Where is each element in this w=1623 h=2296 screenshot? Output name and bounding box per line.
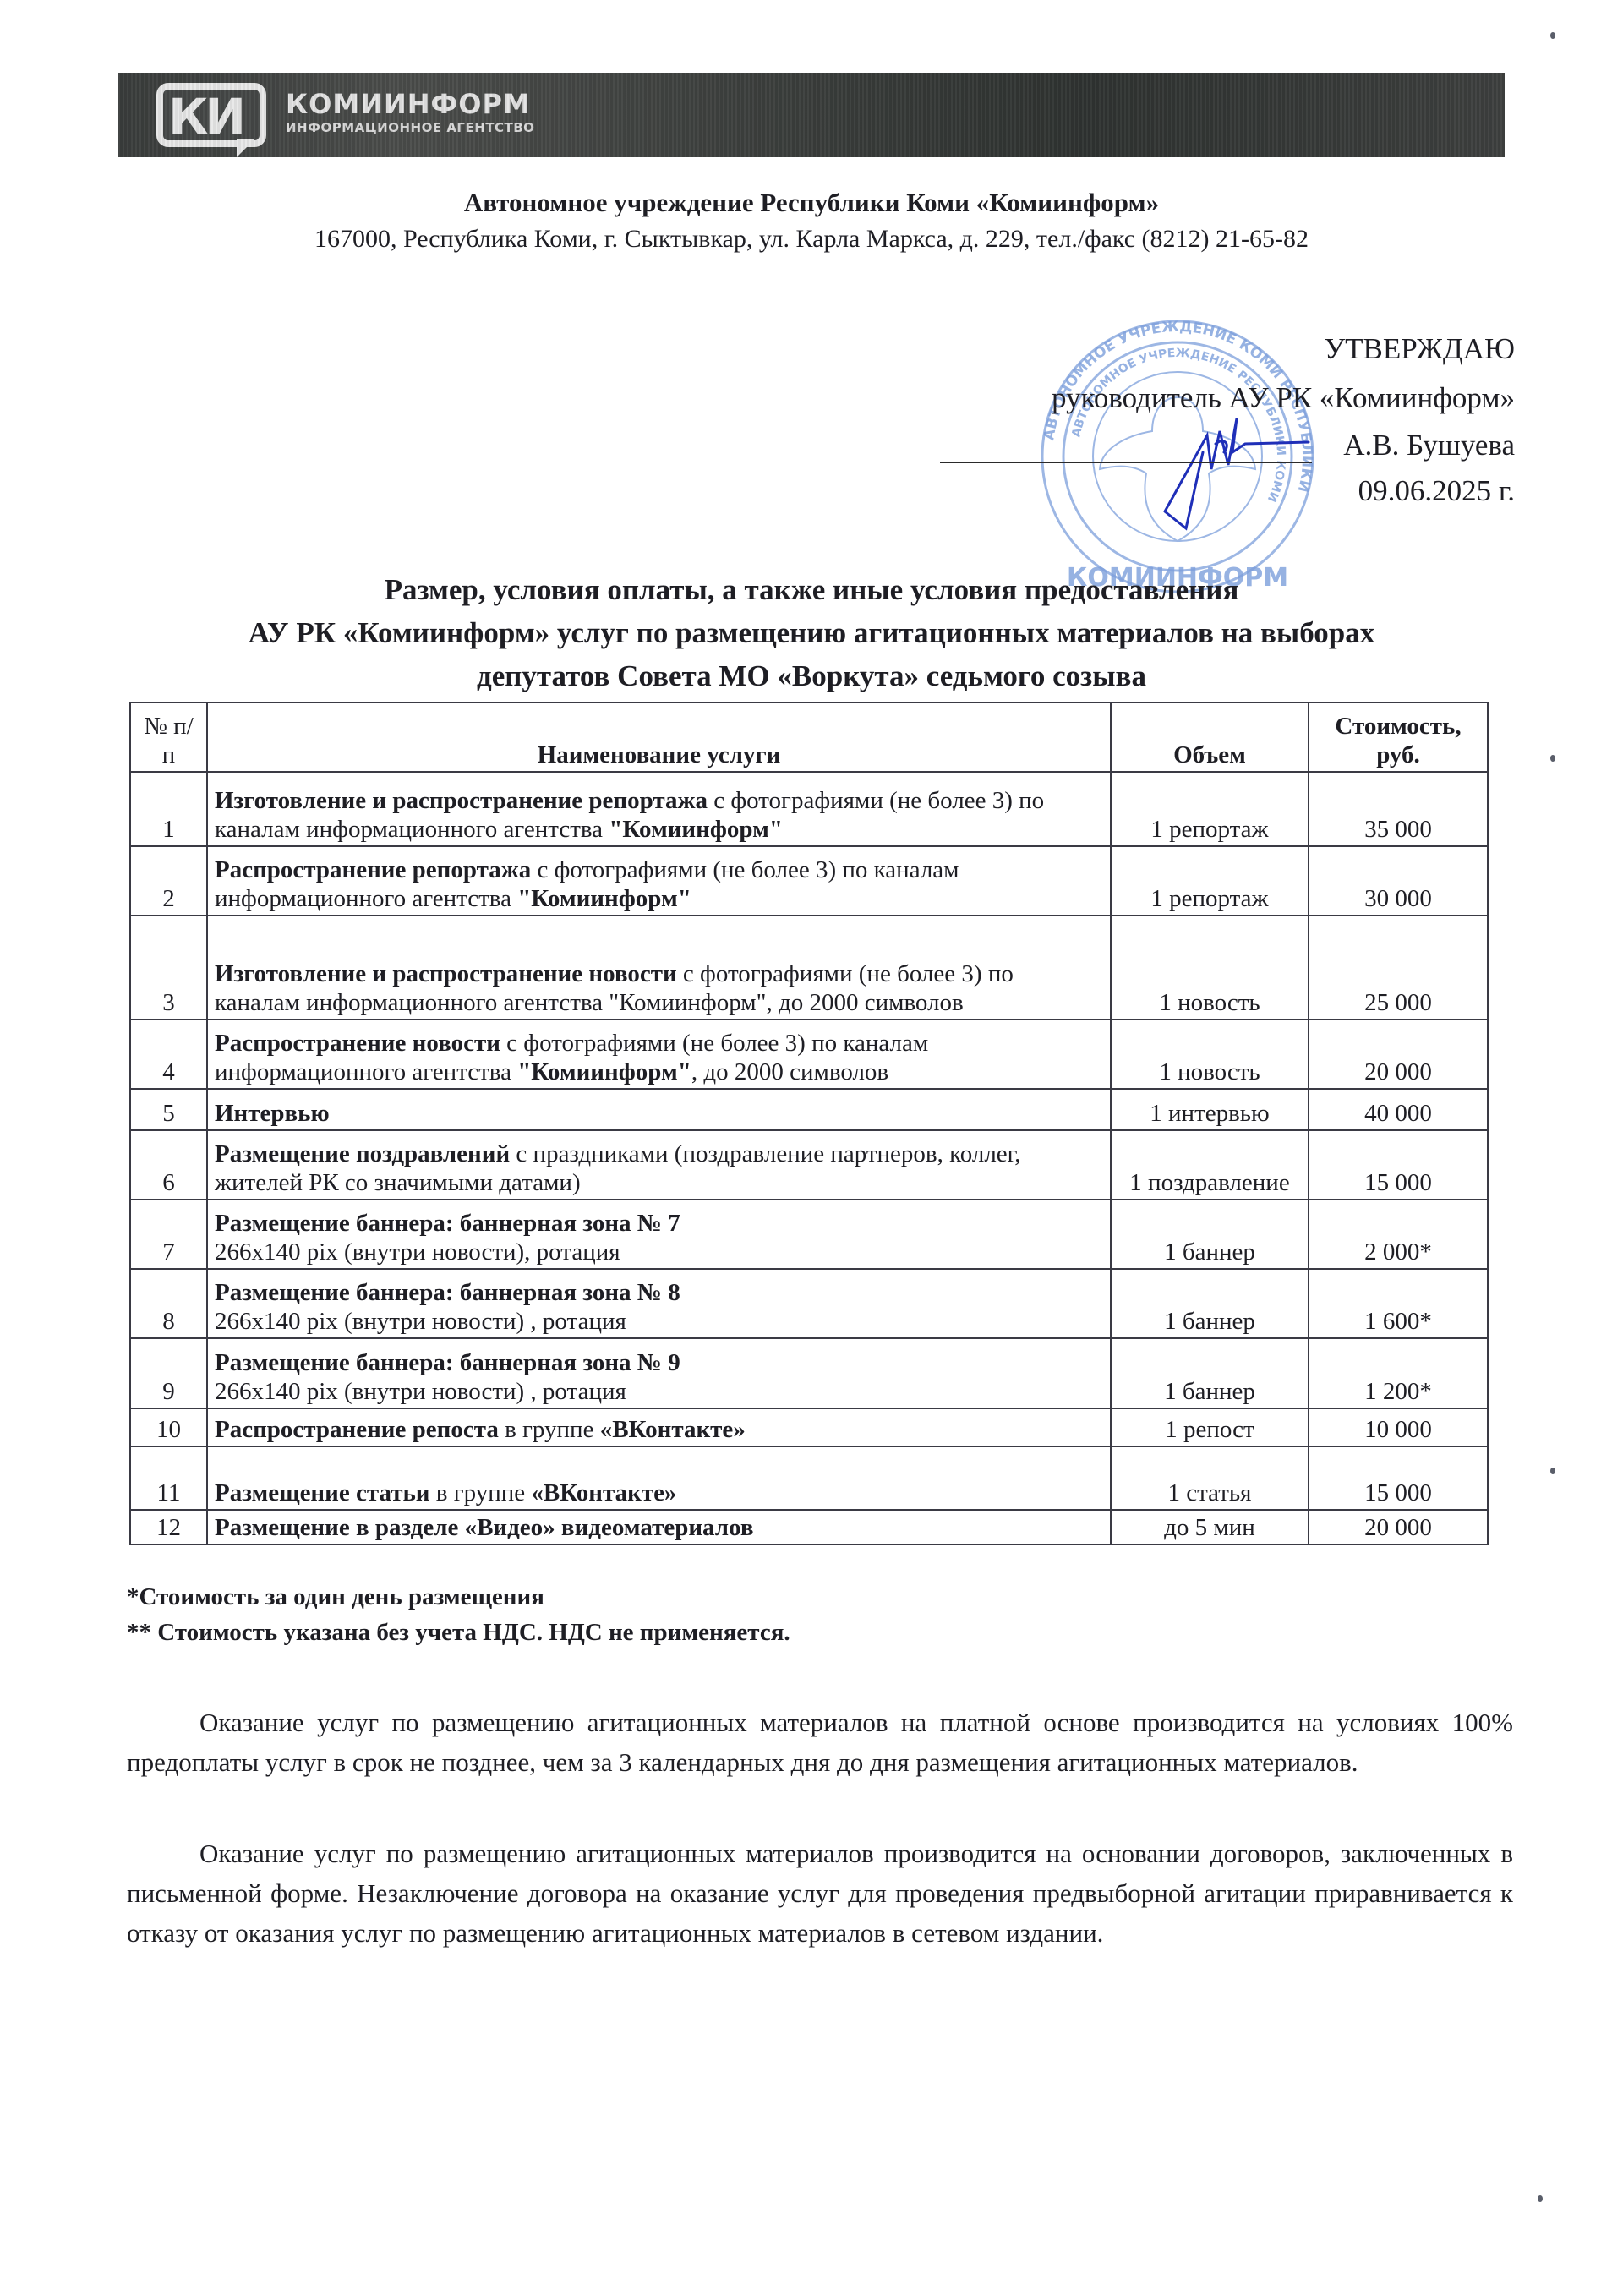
- organization-address: 167000, Республика Коми, г. Сыктывкар, у…: [0, 225, 1623, 254]
- service-cost: 1 600*: [1309, 1269, 1488, 1338]
- service-volume: 1 баннер: [1111, 1200, 1309, 1269]
- service-name-detail: 266x140 pix (внутри новости) , ротация: [215, 1308, 626, 1335]
- table-row: 6Размещение поздравлений с праздниками (…: [130, 1130, 1488, 1200]
- row-number: 4: [130, 1020, 207, 1089]
- scan-speck: [1538, 2195, 1543, 2202]
- row-number: 7: [130, 1200, 207, 1269]
- row-number: 8: [130, 1269, 207, 1338]
- service-name-detail: 266x140 pix (внутри новости), ротация: [215, 1238, 620, 1266]
- service-name-bold: Распространение репортажа: [215, 856, 531, 883]
- service-name-suffix: , до 2000 символов: [691, 1058, 888, 1085]
- official-stamp-icon: АВТОНОМНОЕ УЧРЕЖДЕНИЕ КОМИ РЕСПУБЛИКИ АВ…: [1038, 317, 1317, 596]
- service-cost: 25 000: [1309, 916, 1488, 1020]
- service-name-brand: "Комиинформ": [517, 1058, 691, 1085]
- approval-date: 09.06.2025 г.: [1358, 470, 1515, 512]
- service-name-bold: Изготовление и распространение новости: [215, 960, 677, 987]
- service-cost: 15 000: [1309, 1446, 1488, 1510]
- service-volume: до 5 мин: [1111, 1510, 1309, 1544]
- service-volume: 1 поздравление: [1111, 1130, 1309, 1200]
- row-number: 5: [130, 1089, 207, 1130]
- approval-title: УТВЕРЖДАЮ: [1324, 328, 1515, 370]
- service-name-detail: 266x140 pix (внутри новости) , ротация: [215, 1378, 626, 1405]
- svg-text:АВТОНОМНОЕ УЧРЕЖДЕНИЕ РЕСПУБЛИ: АВТОНОМНОЕ УЧРЕЖДЕНИЕ РЕСПУБЛИКИ КОМИ: [1069, 347, 1287, 504]
- service-name: Изготовление и распространение новости с…: [207, 916, 1111, 1020]
- service-cost: 30 000: [1309, 846, 1488, 916]
- document-title: Размер, условия оплаты, а также иные усл…: [127, 568, 1496, 697]
- service-volume: 1 новость: [1111, 1020, 1309, 1089]
- service-volume: 1 интервью: [1111, 1089, 1309, 1130]
- service-cost: 2 000*: [1309, 1200, 1488, 1269]
- service-name-detail: в группе: [499, 1416, 600, 1443]
- service-name-brand: «ВКонтакте»: [600, 1416, 746, 1443]
- service-name-detail: в группе: [430, 1479, 532, 1506]
- table-row: 3Изготовление и распространение новости …: [130, 916, 1488, 1020]
- scan-speck: [1550, 1468, 1555, 1474]
- table-body: 1Изготовление и распространение репортаж…: [130, 772, 1488, 1544]
- approver-name: А.В. Бушуева: [1343, 424, 1515, 467]
- service-name: Распространение репортажа с фотографиями…: [207, 846, 1111, 916]
- service-volume: 1 статья: [1111, 1446, 1309, 1510]
- service-name-bold: Интервью: [215, 1100, 330, 1127]
- document-title-line: депутатов Совета МО «Воркута» седьмого с…: [127, 654, 1496, 697]
- table-header-row: № п/п Наименование услуги Объем Стоимост…: [130, 702, 1488, 772]
- row-number: 3: [130, 916, 207, 1020]
- table-row: 5Интервью1 интервью40 000: [130, 1089, 1488, 1130]
- header-num: № п/п: [130, 702, 207, 772]
- logo-subtitle: ИНФОРМАЦИОННОЕ АГЕНТСТВО: [286, 120, 534, 135]
- signature-line: [940, 462, 1312, 463]
- logo-speech-tail-icon: [237, 139, 255, 157]
- approval-role: руководитель АУ РК «Коми­информ»: [1052, 377, 1515, 419]
- table-row: 9Размещение баннера: баннерная зона № 92…: [130, 1338, 1488, 1408]
- logo-mark-text: КИ: [168, 91, 243, 142]
- header-volume: Объем: [1111, 702, 1309, 772]
- table-row: 2Распространение репортажа с фотографиям…: [130, 846, 1488, 916]
- paragraph-prepayment: Оказание услуг по размещению агитационны…: [127, 1703, 1513, 1782]
- service-name-bold: Размещение баннера: баннерная зона № 9: [215, 1349, 680, 1376]
- service-cost: 1 200*: [1309, 1338, 1488, 1408]
- header-cost: Стоимость, руб.: [1309, 702, 1488, 772]
- service-volume: 1 репортаж: [1111, 772, 1309, 846]
- row-number: 2: [130, 846, 207, 916]
- price-table: № п/п Наименование услуги Объем Стоимост…: [129, 702, 1489, 1545]
- row-number: 10: [130, 1408, 207, 1446]
- service-name-bold: Размещение статьи: [215, 1479, 430, 1506]
- service-name-bold: Размещение баннера: баннерная зона № 8: [215, 1279, 680, 1306]
- service-volume: 1 новость: [1111, 916, 1309, 1020]
- service-name: Размещение в разделе «Видео» видеоматери…: [207, 1510, 1111, 1544]
- service-name: Распространение новости с фотографиями (…: [207, 1020, 1111, 1089]
- footnote-per-day: *Стоимость за один день размещения: [127, 1579, 790, 1615]
- service-name: Интервью: [207, 1089, 1111, 1130]
- table-row: 10Распространение репоста в группе «ВКон…: [130, 1408, 1488, 1446]
- service-name: Размещение статьи в группе «ВКонтакте»: [207, 1446, 1111, 1510]
- service-name-bold: Распространение новости: [215, 1030, 500, 1057]
- row-number: 9: [130, 1338, 207, 1408]
- service-name: Размещение поздравлений с праздниками (п…: [207, 1130, 1111, 1200]
- service-name-brand: «ВКонтакте»: [531, 1479, 676, 1506]
- table-row: 1Изготовление и распространение репортаж…: [130, 772, 1488, 846]
- service-name: Размещение баннера: баннерная зона № 826…: [207, 1269, 1111, 1338]
- organization-name: Автономное учреждение Республики Коми «К…: [0, 188, 1623, 218]
- service-volume: 1 баннер: [1111, 1269, 1309, 1338]
- logo-title: КОМИИНФОРМ: [286, 88, 531, 120]
- row-number: 1: [130, 772, 207, 846]
- service-name: Размещение баннера: баннерная зона № 726…: [207, 1200, 1111, 1269]
- paragraph-contracts: Оказание услуг по размещению агитационны…: [127, 1834, 1513, 1953]
- service-name: Распространение репоста в группе «ВКонта…: [207, 1408, 1111, 1446]
- service-cost: 35 000: [1309, 772, 1488, 846]
- service-name-bold: Размещение баннера: баннерная зона № 7: [215, 1210, 680, 1237]
- service-cost: 10 000: [1309, 1408, 1488, 1446]
- service-name-bold: Распространение репоста: [215, 1416, 499, 1443]
- service-name-brand: "Комиинформ": [609, 816, 783, 843]
- service-name-bold: Изготовление и распространение репортажа: [215, 787, 708, 814]
- header-name: Наименование услуги: [207, 702, 1111, 772]
- table-row: 12Размещение в разделе «Видео» видеомате…: [130, 1510, 1488, 1544]
- footnotes: *Стоимость за один день размещения ** Ст…: [127, 1579, 790, 1650]
- row-number: 12: [130, 1510, 207, 1544]
- table-row: 8Размещение баннера: баннерная зона № 82…: [130, 1269, 1488, 1338]
- service-name: Изготовление и распространение репортажа…: [207, 772, 1111, 846]
- scan-speck: [1550, 32, 1555, 39]
- service-cost: 20 000: [1309, 1020, 1488, 1089]
- service-cost: 40 000: [1309, 1089, 1488, 1130]
- row-number: 6: [130, 1130, 207, 1200]
- table-row: 4Распространение новости с фотографиями …: [130, 1020, 1488, 1089]
- kominform-logo-icon: КИ: [156, 83, 266, 147]
- table-row: 7Размещение баннера: баннерная зона № 72…: [130, 1200, 1488, 1269]
- document-title-line: АУ РК «Коми­информ» услуг по размещению …: [127, 611, 1496, 654]
- service-name-bold: Размещение в разделе «Видео» видеоматери…: [215, 1514, 754, 1541]
- table-row: 11Размещение статьи в группе «ВКонтакте»…: [130, 1446, 1488, 1510]
- service-volume: 1 баннер: [1111, 1338, 1309, 1408]
- service-cost: 20 000: [1309, 1510, 1488, 1544]
- document-title-line: Размер, условия оплаты, а также иные усл…: [127, 568, 1496, 611]
- service-name-brand: "Комиинформ": [517, 885, 691, 912]
- service-cost: 15 000: [1309, 1130, 1488, 1200]
- service-volume: 1 репост: [1111, 1408, 1309, 1446]
- service-volume: 1 репортаж: [1111, 846, 1309, 916]
- service-name-bold: Размещение поздравлений: [215, 1140, 510, 1167]
- scan-speck: [1550, 755, 1555, 762]
- footnote-vat: ** Стоимость указана без учета НДС. НДС …: [127, 1615, 790, 1650]
- row-number: 11: [130, 1446, 207, 1510]
- service-name: Размещение баннера: баннерная зона № 926…: [207, 1338, 1111, 1408]
- header-logo-banner: КИ КОМИИНФОРМ ИНФОРМАЦИОННОЕ АГЕНТСТВО: [118, 73, 1505, 157]
